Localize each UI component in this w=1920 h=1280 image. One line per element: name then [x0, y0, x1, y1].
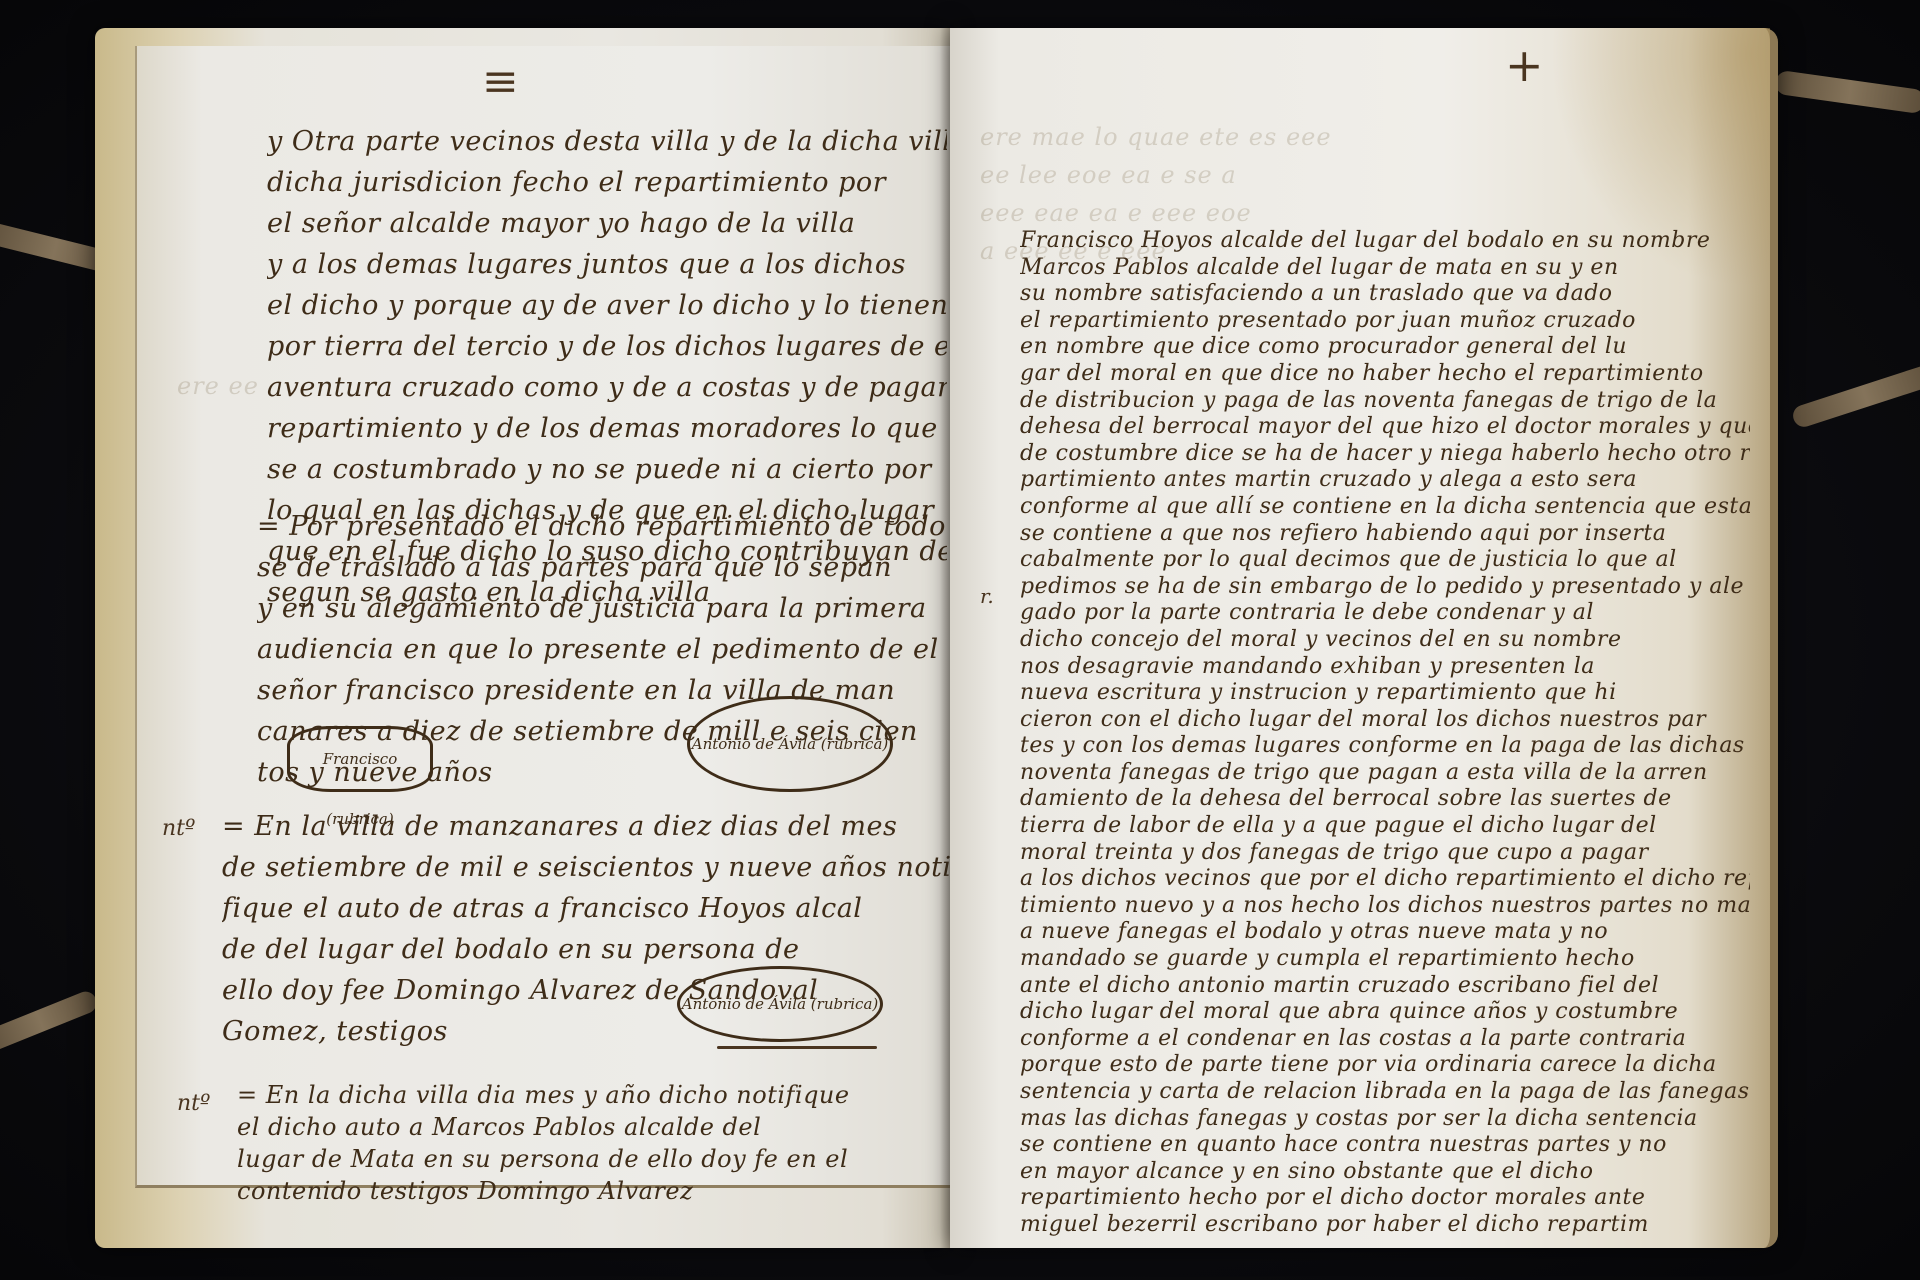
text-line: = Por presentado el dicho repartimiento … [257, 511, 947, 552]
text-line: dicho concejo del moral y vecinos del en… [1020, 627, 1750, 654]
text-line: dicha jurisdicion fecho el repartimiento… [267, 167, 947, 208]
text-line: lugar de Mata en su persona de ello doy … [237, 1145, 947, 1177]
text-line: y Otra parte vecinos desta villa y de la… [267, 126, 947, 167]
text-line: = En la dicha villa dia mes y año dicho … [237, 1081, 947, 1113]
text-line: el dicho y porque ay de aver lo dicho y … [267, 290, 947, 331]
text-line: cabalmente por lo qual decimos que de ju… [1020, 547, 1750, 574]
text-line: a nueve fanegas el bodalo y otras nueve … [1020, 919, 1750, 946]
text-line: repartimiento hecho por el dicho doctor … [1020, 1185, 1750, 1212]
text-line: de setiembre de mil e seiscientos y nuev… [222, 852, 952, 893]
page-top-mark: ≡ [482, 56, 519, 107]
text-line: tes y con los demas lugares conforme en … [1020, 733, 1750, 760]
signature-underline [717, 1046, 877, 1049]
margin-notation-1: ntº [162, 816, 195, 841]
text-line: el señor alcalde mayor yo hago de la vil… [267, 208, 947, 249]
text-line: repartimiento y de los demas moradores l… [267, 413, 947, 454]
text-line: mas las dichas fanegas y costas por ser … [1020, 1106, 1750, 1133]
signature-rubric-left: Francisco (rubrica) [287, 726, 433, 792]
text-line: dehesa del berrocal mayor del que hizo e… [1020, 414, 1750, 441]
text-line: porque esto de parte tiene por via ordin… [1020, 1052, 1750, 1079]
text-line: Francisco Hoyos alcalde del lugar del bo… [1020, 228, 1750, 255]
margin-notation-2: ntº [177, 1091, 210, 1116]
text-block-petition: Francisco Hoyos alcalde del lugar del bo… [1020, 228, 1750, 1239]
text-line: se contiene a que nos refiero habiendo a… [1020, 521, 1750, 548]
open-manuscript: ere ee ≡ y Otra parte vecinos desta vill… [95, 28, 1770, 1248]
text-line: conforme al que allí se contiene en la d… [1020, 494, 1750, 521]
left-page-leaf: ere ee ≡ y Otra parte vecinos desta vill… [135, 46, 950, 1188]
text-line: gado por la parte contraria le debe cond… [1020, 600, 1750, 627]
text-line: en nombre que dice como procurador gener… [1020, 334, 1750, 361]
text-line: se a costumbrado y no se puede ni a cier… [267, 454, 947, 495]
text-line: damiento de la dehesa del berrocal sobre… [1020, 786, 1750, 813]
right-page: + r. ere mae lo quae ete es eeeee lee eo… [950, 28, 1778, 1248]
text-line: y en su alegamiento de justicia para la … [257, 593, 947, 634]
text-line: ante el dicho antonio martin cruzado esc… [1020, 973, 1750, 1000]
signature-rubric-entry-1: Antonio de Ávila (rubrica) [677, 966, 883, 1042]
text-line: = En la villa de manzanares a diez dias … [222, 811, 952, 852]
text-line: partimiento antes martin cruzado y alega… [1020, 467, 1750, 494]
text-line: de del lugar del bodalo en su persona de [222, 934, 952, 975]
text-line: su nombre satisfaciendo a un traslado qu… [1020, 281, 1750, 308]
left-page: ere ee ≡ y Otra parte vecinos desta vill… [95, 28, 950, 1248]
text-line: pedimos se ha de sin embargo de lo pedid… [1020, 574, 1750, 601]
text-line: conforme a el condenar en las costas a l… [1020, 1026, 1750, 1053]
text-line: miguel bezerril escribano por haber el d… [1020, 1212, 1750, 1239]
text-line: noventa fanegas de trigo que pagan a est… [1020, 760, 1750, 787]
text-line: cieron con el dicho lugar del moral los … [1020, 707, 1750, 734]
text-line: aventura cruzado como y de a costas y de… [267, 372, 947, 413]
margin-mark: r. [980, 584, 994, 608]
text-line: de distribucion y paga de las noventa fa… [1020, 388, 1750, 415]
text-line: sentencia y carta de relacion librada en… [1020, 1079, 1750, 1106]
text-line: a los dichos vecinos que por el dicho re… [1020, 866, 1750, 893]
text-line: nos desagravie mandando exhiban y presen… [1020, 654, 1750, 681]
text-line: se de traslado a las partes para que lo … [257, 552, 947, 593]
text-line: de costumbre dice se ha de hacer y niega… [1020, 441, 1750, 468]
text-line: tierra de labor de ella y a que pague el… [1020, 813, 1750, 840]
text-line: audiencia en que lo presente el pediment… [257, 634, 947, 675]
text-line: nueva escritura y instrucion y repartimi… [1020, 680, 1750, 707]
text-line: contenido testigos Domingo Alvarez [237, 1177, 947, 1209]
text-line: se contiene en quanto hace contra nuestr… [1020, 1132, 1750, 1159]
text-line: timiento nuevo y a nos hecho los dichos … [1020, 893, 1750, 920]
text-line: el repartimiento presentado por juan muñ… [1020, 308, 1750, 335]
cross-mark: + [1505, 38, 1544, 92]
signature-rubric-right: Antonio de Ávila (rubrica) [687, 696, 893, 792]
text-line: mandado se guarde y cumpla el repartimie… [1020, 946, 1750, 973]
text-line: el dicho auto a Marcos Pablos alcalde de… [237, 1113, 947, 1145]
notification-entry-2: = En la dicha villa dia mes y año dicho … [237, 1081, 947, 1209]
text-line: y a los demas lugares juntos que a los d… [267, 249, 947, 290]
text-line: moral treinta y dos fanegas de trigo que… [1020, 840, 1750, 867]
text-line: gar del moral en que dice no haber hecho… [1020, 361, 1750, 388]
text-line: dicho lugar del moral que abra quince añ… [1020, 999, 1750, 1026]
text-line: fique el auto de atras a francisco Hoyos… [222, 893, 952, 934]
text-line: en mayor alcance y en sino obstante que … [1020, 1159, 1750, 1186]
text-line: Marcos Pablos alcalde del lugar de mata … [1020, 255, 1750, 282]
text-line: por tierra del tercio y de los dichos lu… [267, 331, 947, 372]
